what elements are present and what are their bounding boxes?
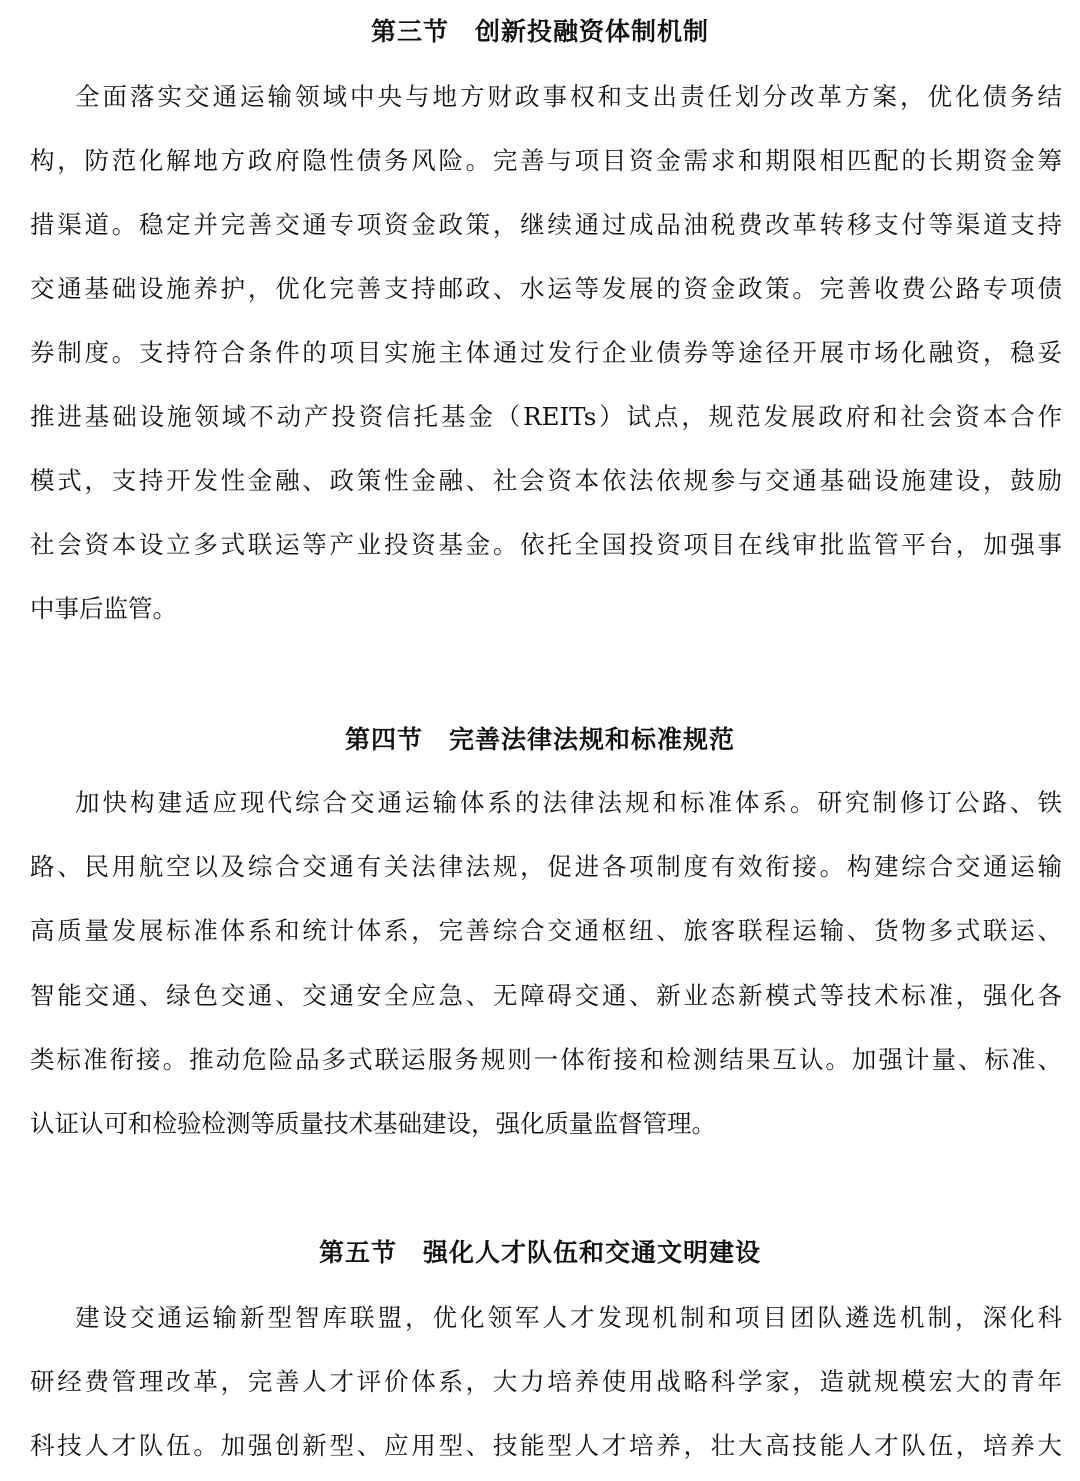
paragraph-line: 交通基础设施养护，优化完善支持邮政、水运等发展的资金政策。完善收费公路专项债	[30, 269, 1062, 309]
paragraph-line: 科技人才队伍。加强创新型、应用型、技能型人才培养，壮大高技能人才队伍，培养大	[30, 1426, 1062, 1466]
paragraph-line: 中事后监管。	[30, 589, 1062, 629]
paragraph-line: 智能交通、绿色交通、交通安全应急、无障碍交通、新业态新模式等技术标准，强化各	[30, 976, 1062, 1016]
paragraph-line: 全面落实交通运输领域中央与地方财政事权和支出责任划分改革方案，优化债务结	[75, 77, 1062, 117]
paragraph-line: 研经费管理改革，完善人才评价体系，大力培养使用战略科学家，造就规模宏大的青年	[30, 1362, 1062, 1402]
paragraph-line: 措渠道。稳定并完善交通专项资金政策，继续通过成品油税费改革转移支付等渠道支持	[30, 205, 1062, 245]
section-heading: 第五节 强化人才队伍和交通文明建设	[0, 1233, 1080, 1273]
section-heading: 第四节 完善法律法规和标准规范	[0, 720, 1080, 760]
paragraph-line: 认证认可和检验检测等质量技术基础建设，强化质量监督管理。	[30, 1104, 1062, 1144]
paragraph-line: 路、民用航空以及综合交通有关法律法规，促进各项制度有效衔接。构建综合交通运输	[30, 847, 1062, 887]
paragraph-line: 加快构建适应现代综合交通运输体系的法律法规和标准体系。研究制修订公路、铁	[75, 783, 1062, 823]
paragraph-line: 类标准衔接。推动危险品多式联运服务规则一体衔接和检测结果互认。加强计量、标准、	[30, 1040, 1062, 1080]
section-heading: 第三节 创新投融资体制机制	[0, 12, 1080, 52]
paragraph-line: 模式，支持开发性金融、政策性金融、社会资本依法依规参与交通基础设施建设，鼓励	[30, 461, 1062, 501]
paragraph-line: 建设交通运输新型智库联盟，优化领军人才发现机制和项目团队遴选机制，深化科	[75, 1298, 1062, 1338]
paragraph-line: 券制度。支持符合条件的项目实施主体通过发行企业债券等途径开展市场化融资，稳妥	[30, 333, 1062, 373]
paragraph-line: 社会资本设立多式联运等产业投资基金。依托全国投资项目在线审批监管平台，加强事	[30, 525, 1062, 565]
paragraph-line: 推进基础设施领域不动产投资信托基金（REITs）试点，规范发展政府和社会资本合作	[30, 397, 1062, 437]
paragraph-line: 构，防范化解地方政府隐性债务风险。完善与项目资金需求和期限相匹配的长期资金筹	[30, 141, 1062, 181]
paragraph-line: 高质量发展标准体系和统计体系，完善综合交通枢纽、旅客联程运输、货物多式联运、	[30, 911, 1062, 951]
